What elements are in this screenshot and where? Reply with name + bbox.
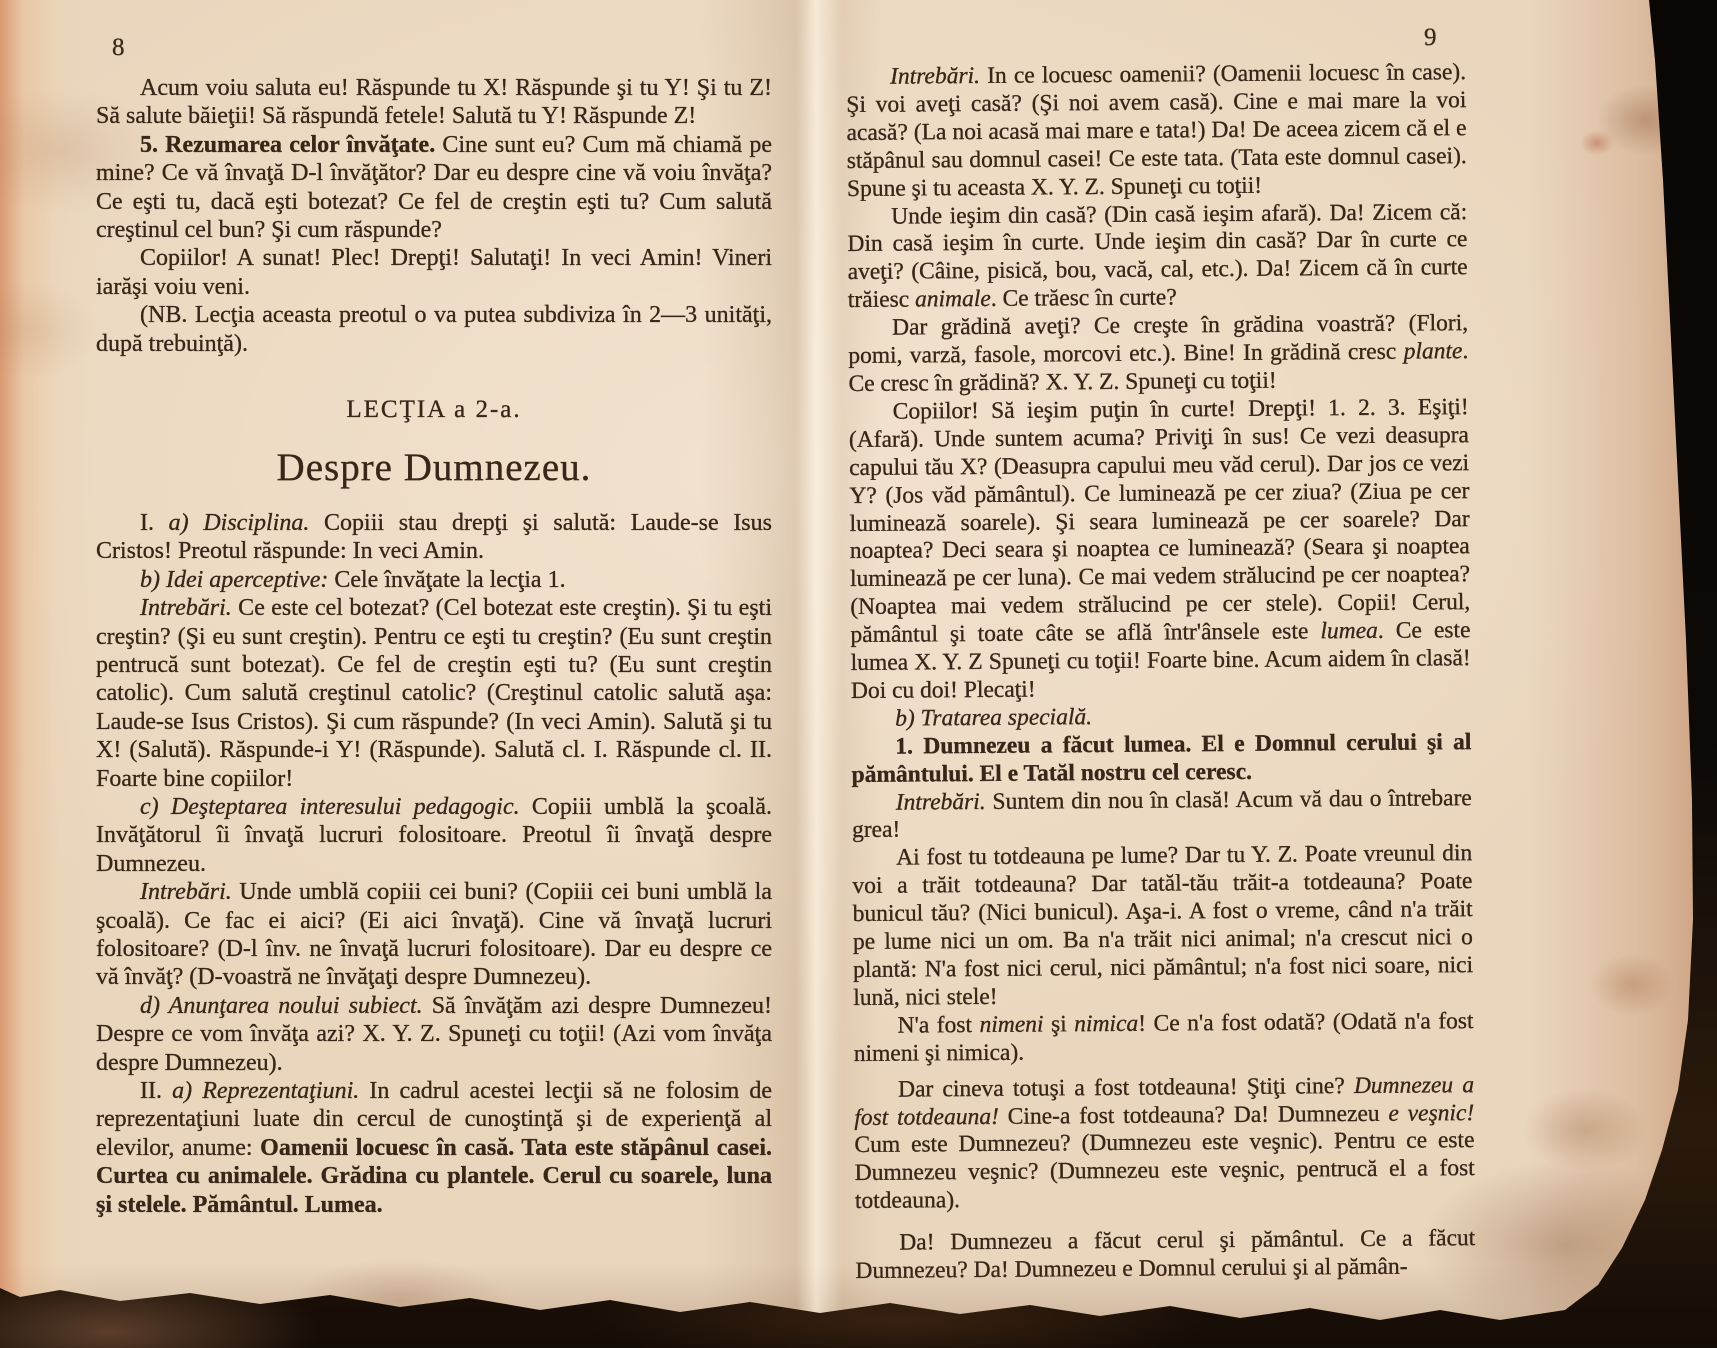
paragraph: Intrebări. Suntem din nou în clasă! Acum… [852, 785, 1472, 846]
paragraph: I. a) Disciplina. Copiii stau drepţi şi … [96, 509, 772, 566]
text-run: b) Idei aperceptive: [140, 567, 328, 593]
text-run: Intrebări. [896, 788, 986, 815]
paragraph: Intrebări. Ce este cel botezat? (Cel bot… [96, 594, 772, 793]
paragraph: N'a fost nimeni şi nimica! Ce n'a fost o… [853, 1008, 1473, 1069]
text-run: a) Reprezentaţiuni. [172, 1078, 359, 1104]
paragraph: (NB. Lecţia aceasta preotul o va putea s… [96, 301, 772, 358]
text-run: Intrebări. [140, 879, 232, 905]
text-run: Cum este Dumnezeu? (Dumnezeu este veşnic… [854, 1128, 1474, 1215]
paragraph: Intrebări. In ce locuesc oamenii? (Oamen… [846, 59, 1467, 203]
left-page-text-column: Acum voiu saluta eu! Răspunde tu X! Răsp… [96, 74, 772, 1219]
text-run: Copiilor! A sunat! Plec! Drepţi! Salutaţ… [96, 245, 772, 299]
text-run: (NB. Lecţia aceasta preotul o va putea s… [96, 302, 772, 356]
text-run: . Ce trăesc în curte? [991, 285, 1177, 312]
paragraph: Intrebări. Unde umblă copiii cei buni? (… [96, 878, 772, 992]
text-run: Dar cineva totuşi a fost totdeauna! Ştiţ… [898, 1073, 1354, 1103]
paragraph: II. a) Reprezentaţiuni. In cadrul aceste… [96, 1077, 772, 1219]
text-run: plante [1404, 338, 1463, 364]
text-run: Despre Dumnezeu. [277, 446, 592, 489]
paragraph: d) Anunţarea noului subiect. Să învăţăm … [96, 992, 772, 1077]
text-run: e veşnic! [1388, 1100, 1474, 1127]
text-run: c) Deşteptarea interesului pedagogic. [140, 794, 520, 820]
text-run: Intrebări. [140, 595, 232, 621]
paragraph: Unde ieşim din casă? (Din casă ieşim afa… [847, 199, 1468, 315]
text-run: Ai fost tu totdeauna pe lume? Dar tu Y. … [852, 840, 1473, 1010]
text-run: şi [1043, 1011, 1074, 1037]
right-page-number: 9 [1424, 24, 1437, 52]
text-run: nimeni [979, 1011, 1043, 1038]
text-run: b) Tratarea specială. [895, 704, 1092, 732]
text-run: I. [140, 510, 169, 536]
text-run: Cine-a fost totdeauna? Da! Dumnezeu [999, 1100, 1389, 1129]
paragraph: 5. Rezumarea celor învăţate. Cine sunt e… [96, 131, 772, 245]
paragraph: 1. Dumnezeu a făcut lumea. El e Domnul c… [851, 729, 1471, 790]
text-run: II. [140, 1078, 172, 1104]
paragraph: Acum voiu saluta eu! Răspunde tu X! Răsp… [96, 74, 772, 131]
paragraph: b) Idei aperceptive: Cele învăţate la le… [96, 566, 772, 594]
text-run: 1. Dumnezeu a făcut lumea. El e Domnul c… [851, 729, 1471, 788]
paragraph: Dar cineva totuşi a fost totdeauna! Ştiţ… [854, 1072, 1475, 1216]
text-run: Copiilor! Să ieşim puţin în curte! Drepţ… [849, 394, 1471, 648]
text-run: Acum voiu saluta eu! Răspunde tu X! Răsp… [96, 75, 772, 129]
paragraph: Copiilor! Să ieşim puţin în curte! Drepţ… [849, 394, 1471, 706]
right-page-text-column: Intrebări. In ce locuesc oamenii? (Oamen… [846, 59, 1476, 1286]
text-run: Da! Dumnezeu a făcut cerul şi pământul. … [855, 1225, 1475, 1284]
left-page-number: 8 [112, 34, 125, 62]
paragraph: Copiilor! A sunat! Plec! Drepţi! Salutaţ… [96, 244, 772, 301]
text-run: LECŢIA a 2-a. [346, 396, 521, 423]
text-run: Dar grădină aveţi? Ce creşte în grădina … [848, 310, 1468, 369]
text-run: nimica [1074, 1011, 1138, 1038]
text-run: lumea [1320, 618, 1378, 644]
book-scan: 8 9 Acum voiu saluta eu! Răspunde tu X! … [0, 0, 1717, 1348]
paragraph: Da! Dumnezeu a făcut cerul şi pământul. … [855, 1225, 1475, 1286]
text-run: d) Anunţarea noului subiect. [140, 993, 423, 1019]
text-run: Intrebări. [890, 63, 980, 90]
text-run: animale [915, 286, 991, 313]
text-run: 5. Rezumarea celor învăţate. [140, 132, 435, 158]
text-run: a) Disciplina. [169, 510, 310, 536]
heading: Despre Dumnezeu. [96, 454, 772, 482]
text-run: Ce este cel botezat? (Cel botezat este c… [96, 595, 772, 791]
book-spread-paper: 8 9 Acum voiu saluta eu! Răspunde tu X! … [0, 0, 1717, 1348]
paragraph: Ai fost tu totdeauna pe lume? Dar tu Y. … [852, 840, 1473, 1012]
text-run: N'a fost [897, 1012, 979, 1039]
heading: LECŢIA a 2-a. [96, 396, 772, 424]
paragraph: Dar grădină aveţi? Ce creşte în grădina … [848, 310, 1469, 399]
text-run: Cele învăţate la lecţia 1. [328, 567, 565, 593]
paragraph: c) Deşteptarea interesului pedagogic. Co… [96, 793, 772, 878]
